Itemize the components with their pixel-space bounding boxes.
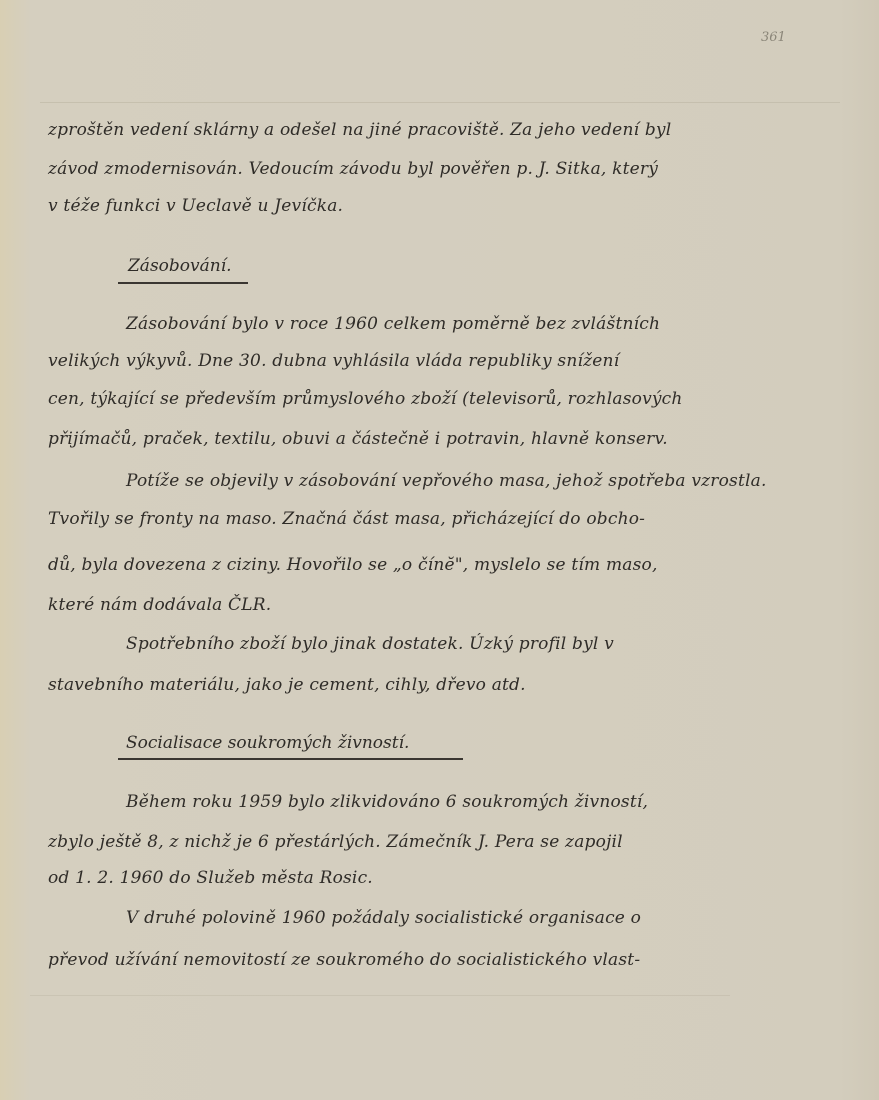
manuscript-page: 361 zproštěn vedení sklárny a odešel na …: [0, 0, 879, 1100]
bottom-margin-rule: [30, 995, 730, 996]
text-line: Potíže se objevily v zásobování vepřovéh…: [126, 471, 767, 491]
text-line: Spotřebního zboží bylo jinak dostatek. Ú…: [126, 634, 614, 654]
text-line: závod zmodernisován. Vedoucím závodu byl…: [48, 159, 658, 179]
text-line: Tvořily se fronty na maso. Značná část m…: [48, 509, 645, 529]
text-line: stavebního materiálu, jako je cement, ci…: [48, 675, 526, 695]
top-margin-rule: [40, 102, 840, 103]
text-line: velikých výkyvů. Dne 30. dubna vyhlásila…: [48, 351, 619, 371]
section-heading-zasobovani: Zásobování.: [128, 256, 232, 276]
text-line: převod užívání nemovitostí ze soukromého…: [48, 950, 640, 970]
text-line: které nám dodávala ČLR.: [48, 595, 271, 615]
text-line: v téže funkci v Ueclavě u Jevíčka.: [48, 196, 343, 216]
text-line: přijímačů, praček, textilu, obuvi a část…: [48, 429, 668, 449]
text-line: od 1. 2. 1960 do Služeb města Rosic.: [48, 868, 373, 888]
text-line: zproštěn vedení sklárny a odešel na jiné…: [48, 120, 671, 140]
text-line: zbylo ještě 8, z nichž je 6 přestárlých.…: [48, 832, 623, 852]
text-line: Během roku 1959 bylo zlikvidováno 6 souk…: [126, 792, 648, 812]
text-line: cen, týkající se především průmyslového …: [48, 389, 683, 409]
section-heading-socialisace: Socialisace soukromých živností.: [126, 733, 409, 753]
heading-underline: [118, 758, 463, 760]
text-line: dů, byla dovezena z ciziny. Hovořilo se …: [48, 555, 658, 575]
page-number: 361: [761, 30, 786, 45]
text-line: Zásobování bylo v roce 1960 celkem poměr…: [126, 314, 660, 334]
heading-underline: [118, 282, 248, 284]
text-line: V druhé polovině 1960 požádaly socialist…: [126, 908, 641, 928]
